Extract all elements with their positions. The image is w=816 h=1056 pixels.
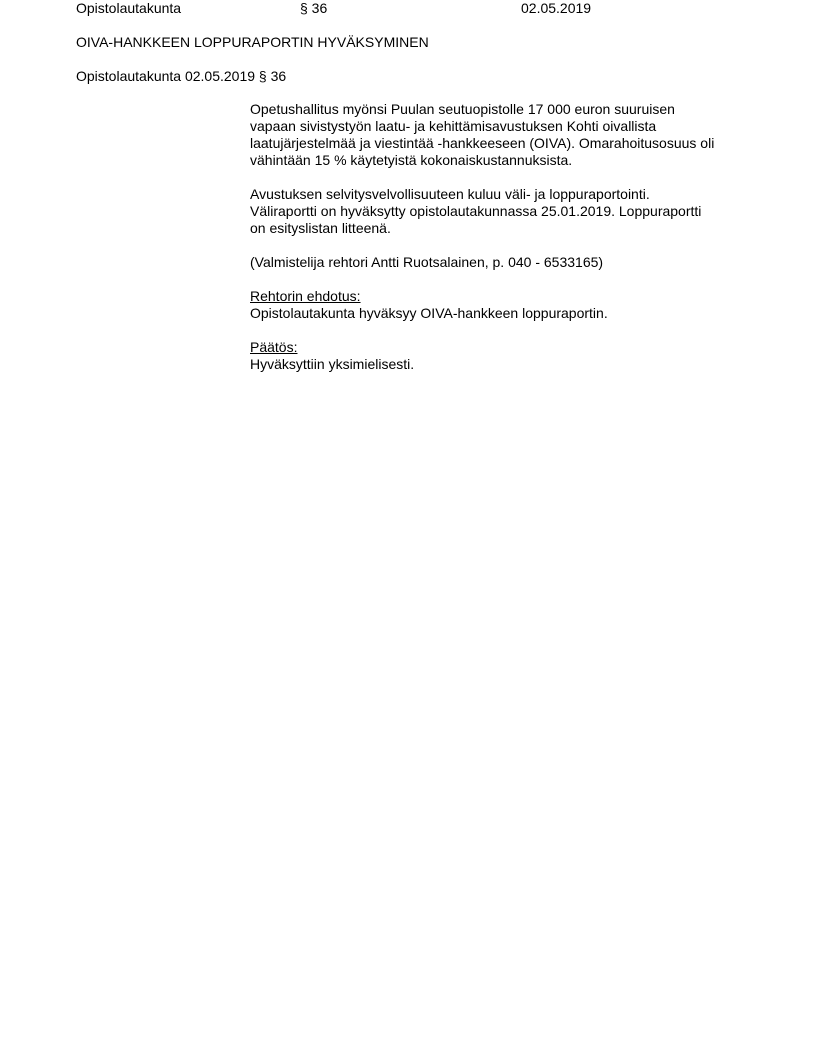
- proposal-label: Rehtorin ehdotus:: [250, 288, 750, 305]
- decision-label: Päätös:: [250, 339, 750, 356]
- text-line: vähintään 15 % käytetyistä kokonaiskusta…: [250, 152, 750, 169]
- document-title: OIVA-HANKKEEN LOPPURAPORTIN HYVÄKSYMINEN: [76, 34, 429, 51]
- document-body: Opetushallitus myönsi Puulan seutuopisto…: [250, 101, 750, 390]
- proposal-text: Opistolautakunta hyväksyy OIVA-hankkeen …: [250, 305, 750, 322]
- text-line: vapaan sivistystyön laatu- ja kehittämis…: [250, 118, 750, 135]
- meeting-reference: Opistolautakunta 02.05.2019 § 36: [76, 68, 286, 85]
- text-line: Opetushallitus myönsi Puulan seutuopisto…: [250, 101, 750, 118]
- paragraph-grant: Opetushallitus myönsi Puulan seutuopisto…: [250, 101, 750, 169]
- decision-text: Hyväksyttiin yksimielisesti.: [250, 356, 750, 373]
- header-body-name: Opistolautakunta: [76, 0, 181, 17]
- header-date: 02.05.2019: [521, 0, 591, 17]
- text-line: laatujärjestelmää ja viestintää -hankkee…: [250, 135, 750, 152]
- proposal-section: Rehtorin ehdotus: Opistolautakunta hyväk…: [250, 288, 750, 322]
- header-section-number: § 36: [300, 0, 327, 17]
- text-line: (Valmistelija rehtori Antti Ruotsalainen…: [250, 254, 750, 271]
- text-line: Avustuksen selvitysvelvollisuuteen kuluu…: [250, 186, 750, 203]
- paragraph-reporting: Avustuksen selvitysvelvollisuuteen kuluu…: [250, 186, 750, 237]
- text-line: on esityslistan litteenä.: [250, 220, 750, 237]
- paragraph-preparer: (Valmistelija rehtori Antti Ruotsalainen…: [250, 254, 750, 271]
- text-line: Väliraportti on hyväksytty opistolautaku…: [250, 203, 750, 220]
- decision-section: Päätös: Hyväksyttiin yksimielisesti.: [250, 339, 750, 373]
